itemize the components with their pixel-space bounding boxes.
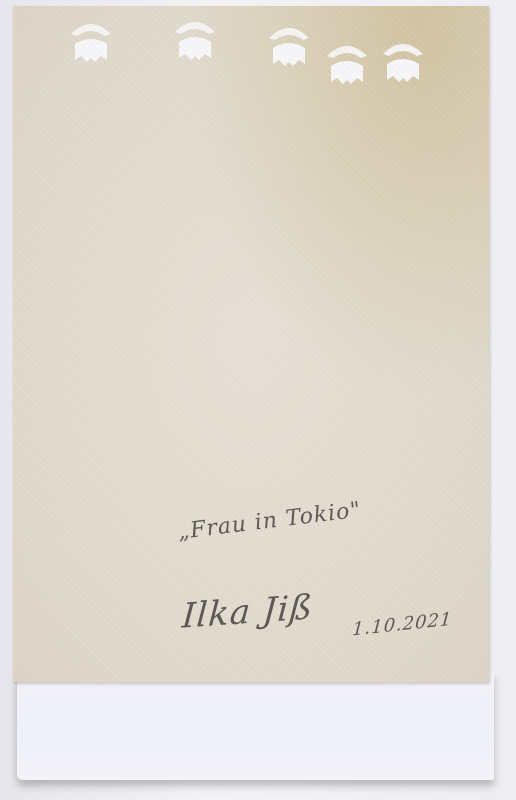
punched-hole-icon [171, 14, 219, 66]
punched-hole-icon [67, 16, 115, 68]
punched-hole-icon [265, 20, 313, 72]
punched-hole-icon [323, 38, 371, 90]
paper-sheet [13, 6, 489, 682]
white-paper-strip [17, 672, 494, 780]
punched-hole-icon [379, 36, 427, 88]
